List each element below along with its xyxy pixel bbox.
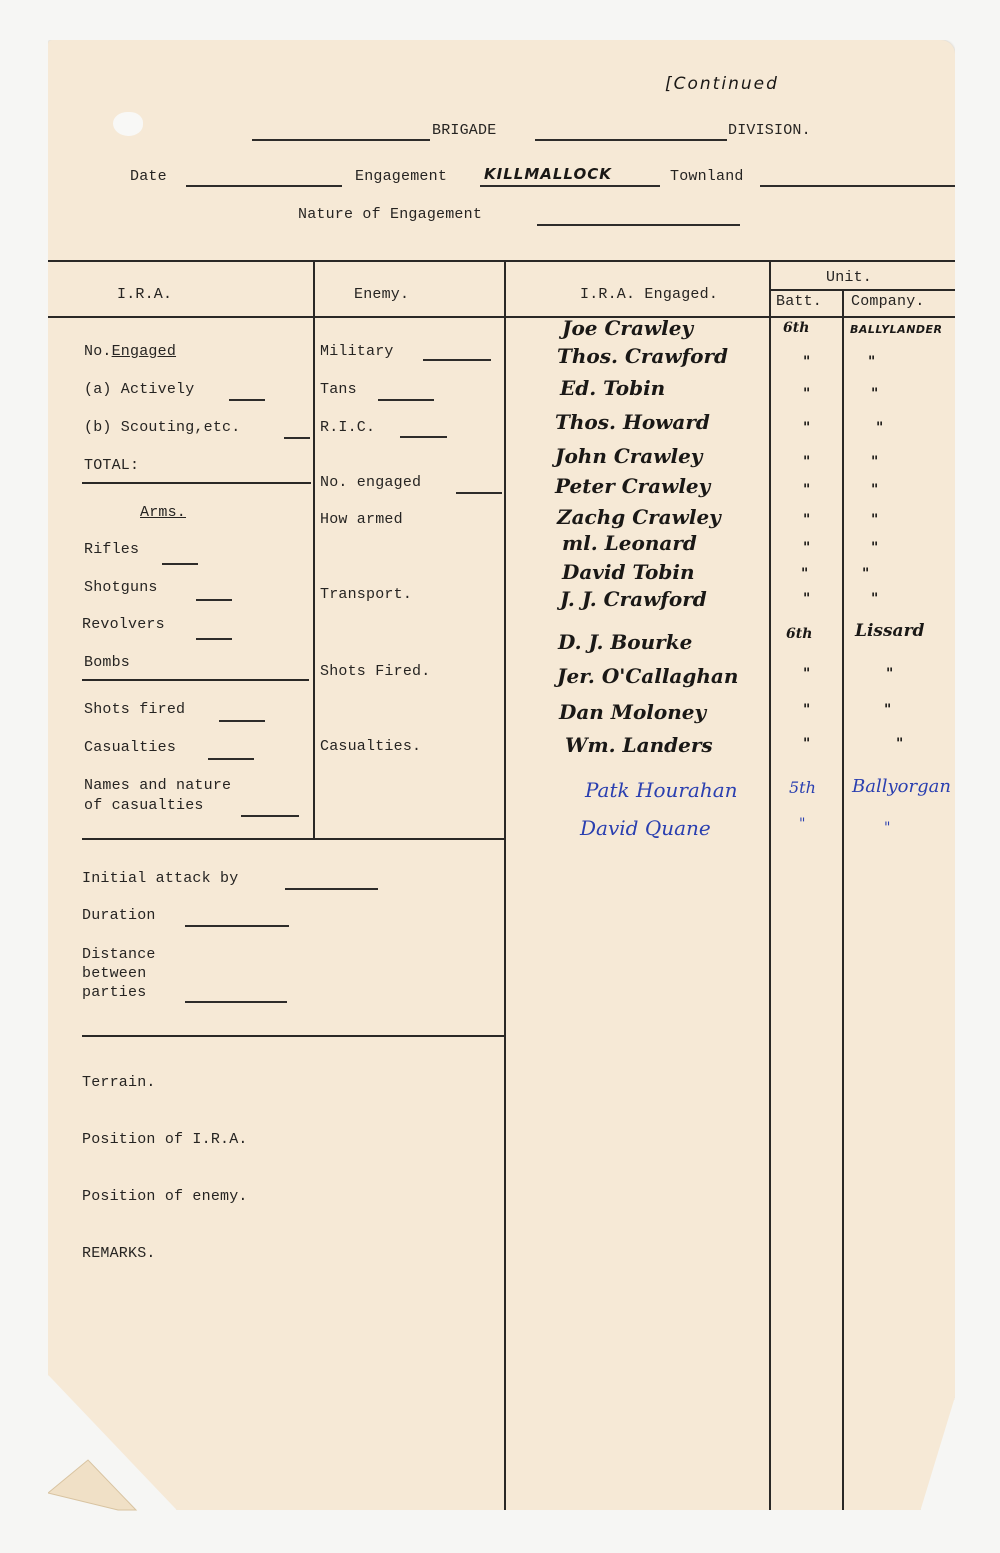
company-4: " (876, 420, 883, 436)
section-divider-rule-1 (82, 838, 504, 840)
date-blank[interactable] (186, 185, 342, 187)
company-10: " (871, 591, 878, 607)
ira-shots-fired-blank[interactable] (219, 720, 265, 722)
enemy-engaged-divider (504, 260, 506, 1510)
company-7: " (871, 512, 878, 528)
engaged-name-5: John Crawley (555, 444, 702, 468)
company-6: " (871, 482, 878, 498)
ira-shots-fired-label: Shots fired (84, 701, 185, 718)
engaged-name-1: Joe Crawley (562, 316, 693, 340)
enemy-how-armed-label: How armed (320, 511, 403, 528)
distance-label-1: Distance (82, 946, 156, 963)
initial-attack-blank[interactable] (285, 888, 378, 890)
engaged-name-14: Wm. Landers (565, 733, 713, 757)
duration-blank[interactable] (185, 925, 289, 927)
engaged-name-16: David Quane (580, 816, 711, 840)
distance-label-2: between (82, 965, 146, 982)
distance-blank[interactable] (185, 1001, 287, 1003)
ira-bombs-label: Bombs (84, 654, 130, 671)
company-9: " (862, 566, 869, 582)
batt-13: " (803, 702, 810, 718)
batt-14: " (803, 736, 810, 752)
ira-shotguns-label: Shotguns (84, 579, 158, 596)
duration-label: Duration (82, 907, 156, 924)
engaged-name-3: Ed. Tobin (560, 376, 665, 400)
batt-16: " (799, 816, 805, 832)
batt-5: " (803, 454, 810, 470)
col-unit: Unit. (826, 269, 872, 286)
engaged-name-4: Thos. Howard (555, 410, 710, 434)
company-14: " (896, 736, 903, 752)
ira-rifles-label: Rifles (84, 541, 139, 558)
company-2: " (868, 354, 875, 370)
table-top-rule (48, 260, 955, 262)
division-label: DIVISION. (728, 122, 811, 139)
engaged-name-13: Dan Moloney (559, 700, 706, 724)
col-company: Company. (851, 293, 925, 310)
col-batt: Batt. (776, 293, 822, 310)
enemy-no-engaged-blank[interactable] (456, 492, 502, 494)
engaged-unit-divider (769, 260, 771, 1510)
ira-casualties-blank[interactable] (208, 758, 254, 760)
brigade-label: BRIGADE (432, 122, 496, 139)
batt-12: " (803, 666, 810, 682)
company-12: " (886, 666, 893, 682)
enemy-shots-fired-label: Shots Fired. (320, 663, 430, 680)
ira-actively-label: (a) Actively (84, 381, 194, 398)
ira-total-label: TOTAL: (84, 457, 139, 474)
ira-rifles-blank[interactable] (162, 563, 198, 565)
nature-label: Nature of Engagement (298, 206, 482, 223)
punch-hole (113, 112, 143, 136)
distance-label-3: parties (82, 984, 146, 1001)
engagement-value: KILLMALLOCK (484, 165, 612, 183)
remarks-label: REMARKS. (82, 1245, 156, 1262)
batt-1: 6th (783, 320, 809, 336)
engagement-label: Engagement (355, 168, 447, 185)
ira-names-nature-blank[interactable] (241, 815, 299, 817)
enemy-no-engaged-label: No. engaged (320, 474, 421, 491)
initial-attack-label: Initial attack by (82, 870, 238, 887)
engaged-name-6: Peter Crawley (555, 474, 710, 498)
ira-enemy-divider (313, 260, 315, 838)
division-blank[interactable] (535, 139, 727, 141)
enemy-military-label: Military (320, 343, 394, 360)
engagement-blank[interactable] (480, 185, 660, 187)
engaged-name-9: David Tobin (562, 560, 695, 584)
engaged-name-11: D. J. Bourke (558, 630, 692, 654)
enemy-transport-label: Transport. (320, 586, 412, 603)
enemy-tans-label: Tans (320, 381, 357, 398)
brigade-blank[interactable] (252, 139, 430, 141)
position-ira-label: Position of I.R.A. (82, 1131, 248, 1148)
batt-4: " (803, 420, 810, 436)
company-3: " (871, 386, 878, 402)
townland-label: Townland (670, 168, 744, 185)
folded-corner (48, 1405, 148, 1515)
company-1: BALLYLANDER (850, 323, 943, 336)
ira-scouting-label: (b) Scouting,etc. (84, 419, 240, 436)
engaged-name-15: Patk Hourahan (585, 778, 738, 802)
engaged-name-2: Thos. Crawford (557, 344, 728, 368)
continued-note: [Continued (665, 74, 779, 94)
ira-revolvers-label: Revolvers (82, 616, 165, 633)
townland-blank[interactable] (760, 185, 955, 187)
company-13: " (884, 702, 891, 718)
engaged-name-7: Zachg Crawley (557, 505, 721, 529)
col-ira-engaged: I.R.A. Engaged. (580, 286, 718, 303)
engaged-name-12: Jer. O'Callaghan (557, 664, 738, 688)
unit-sub-rule (770, 289, 955, 291)
engaged-name-8: ml. Leonard (562, 531, 697, 555)
batt-3: " (803, 386, 810, 402)
ira-scouting-blank[interactable] (284, 437, 310, 439)
company-11: Lissard (855, 621, 924, 641)
batt-9: " (801, 566, 808, 582)
batt-10: " (803, 591, 810, 607)
section-divider-rule-2 (82, 1035, 504, 1037)
company-15: Ballyorgan (852, 776, 951, 797)
enemy-ric-blank[interactable] (400, 436, 447, 438)
ira-bombs-rule (82, 679, 309, 681)
company-8: " (871, 540, 878, 556)
batt-6: " (803, 482, 810, 498)
batt-15: 5th (789, 778, 816, 797)
ira-names-nature-label-2: of casualties (84, 797, 204, 814)
col-enemy: Enemy. (354, 286, 409, 303)
ira-shotguns-blank[interactable] (196, 599, 232, 601)
batt-7: " (803, 512, 810, 528)
col-ira: I.R.A. (117, 286, 172, 303)
batt-8: " (803, 540, 810, 556)
ira-total-rule (82, 482, 311, 484)
enemy-casualties-label: Casualties. (320, 738, 421, 755)
batt-11: 6th (786, 626, 812, 642)
ira-names-nature-label-1: Names and nature (84, 777, 231, 794)
company-16: " (884, 820, 890, 836)
terrain-label: Terrain. (82, 1074, 156, 1091)
nature-blank[interactable] (537, 224, 740, 226)
enemy-military-blank[interactable] (423, 359, 491, 361)
ira-revolvers-blank[interactable] (196, 638, 232, 640)
ira-casualties-label: Casualties (84, 739, 176, 756)
date-label: Date (130, 168, 167, 185)
engaged-name-10: J. J. Crawford (560, 587, 707, 611)
company-5: " (871, 454, 878, 470)
enemy-ric-label: R.I.C. (320, 419, 375, 436)
enemy-tans-blank[interactable] (378, 399, 434, 401)
batt-2: " (803, 354, 810, 370)
position-enemy-label: Position of enemy. (82, 1188, 248, 1205)
ira-actively-blank[interactable] (229, 399, 265, 401)
batt-company-divider (842, 289, 844, 1510)
ira-no-engaged-label: No.Engaged (84, 343, 176, 360)
table-header-rule (48, 316, 955, 318)
ira-arms-heading: Arms. (140, 504, 186, 521)
